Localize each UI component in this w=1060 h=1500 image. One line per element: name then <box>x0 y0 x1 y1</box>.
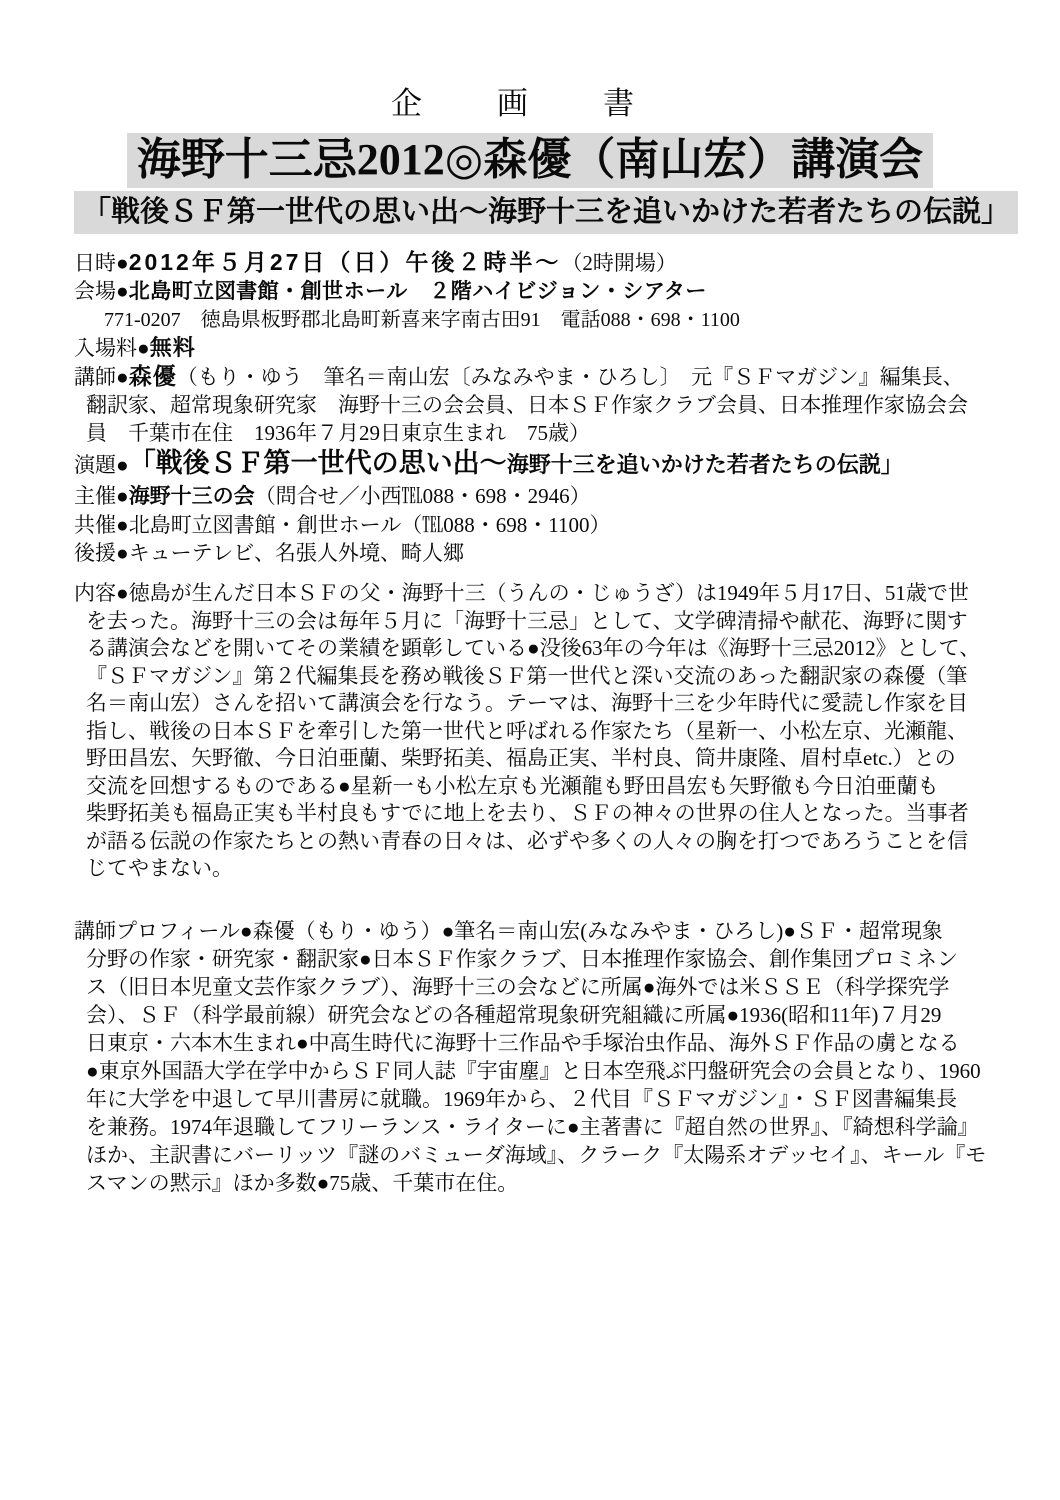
field-label-lecturer: 講師 <box>74 365 116 389</box>
event-title: 海野十三忌2012◎森優（南山宏）講演会 <box>127 133 933 188</box>
datetime-value: 2012年５月27日（日）午後２時半～ <box>129 249 562 275</box>
field-label-organizer: 主催 <box>74 484 116 508</box>
field-datetime: 日時●2012年５月27日（日）午後２時半～（2時開場） <box>74 248 986 277</box>
content-line: る講演会などを開いてその業績を顕彰している●没後63年の今年は《海野十三忌201… <box>74 635 986 663</box>
lecturer-line-3: 員 千葉市在住 1936年７月29日東京生まれ 75歳） <box>74 419 986 447</box>
bullet-icon: ● <box>116 484 129 508</box>
profile-line: ほか、主訳書にバーリッツ『謎のバミューダ海域』、クラーク『太陽系オデッセイ』、キ… <box>74 1141 986 1169</box>
profile-line: ●東京外国語大学在学中からＳＦ同人誌『宇宙塵』と日本空飛ぶ円盤研究会の会員となり… <box>74 1057 986 1085</box>
bullet-icon: ● <box>116 365 129 389</box>
field-coorganizer: 共催●北島町立図書館・創世ホール（℡088・698・1100） <box>74 511 986 539</box>
lecturer-line-1: 講師●森優（もり・ゆう 筆名＝南山宏〔みなみやま・ひろし〕 元『ＳＦマガジン』編… <box>74 362 986 391</box>
content-line: 名＝南山宏）さんを招いて講演会を行なう。テーマは、海野十三を少年時代に愛読し作家… <box>74 690 986 718</box>
content-line: 『ＳＦマガジン』第２代編集長を務め戦後ＳＦ第一世代と深い交流のあった翻訳家の森優… <box>74 663 986 691</box>
title-row: 海野十三忌2012◎森優（南山宏）講演会 <box>74 133 986 188</box>
profile-paragraph: 講師プロフィール●森優（もり・ゆう）●筆名＝南山宏(みなみやま・ひろし)●ＳＦ・… <box>74 917 986 1197</box>
support-value: キューテレビ、名張人外境、畸人郷 <box>129 541 464 565</box>
content-line: 柴野拓美も福島正実も半村良もすでに地上を去り、ＳＦの神々の世界の住人となった。当… <box>74 800 986 828</box>
profile-line: 分野の作家・研究家・翻訳家●日本ＳＦ作家クラブ、日本推理作家協会、創作集団プロミ… <box>74 945 986 973</box>
field-lecturer: 講師●森優（もり・ゆう 筆名＝南山宏〔みなみやま・ひろし〕 元『ＳＦマガジン』編… <box>74 362 986 447</box>
event-subtitle: 「戦後ＳＦ第一世代の思い出～海野十三を追いかけた若者たちの伝説」 <box>74 191 1018 234</box>
planning-document: 企画書 海野十三忌2012◎森優（南山宏）講演会 「戦後ＳＦ第一世代の思い出～海… <box>0 0 1060 1500</box>
bullet-icon: ● <box>116 251 129 275</box>
content-line: が語る伝説の作家たちとの熱い青春の日々は、必ずや多くの人々の胸を打つであろうこと… <box>74 828 986 856</box>
content-line: 交流を回想するものである●星新一も小松左京も光瀬龍も野田昌宏も矢野徹も今日泊亜蘭… <box>74 773 986 801</box>
bullet-icon: ● <box>116 453 129 477</box>
organizer-value: 海野十三の会 <box>129 485 255 508</box>
content-line: じてやまない。 <box>74 855 986 883</box>
content-line: 指し、戦後の日本ＳＦを牽引した第一世代と呼ばれる作家たち（星新一、小松左京、光瀬… <box>74 718 986 746</box>
admission-value: 無料 <box>150 335 196 360</box>
field-label-admission: 入場料 <box>74 336 137 360</box>
field-label-venue: 会場 <box>74 279 116 303</box>
field-admission: 入場料●無料 <box>74 334 986 362</box>
content-paragraph: 内容●徳島が生んだ日本ＳＦの父・海野十三（うんの・じゅうざ）は1949年５月17… <box>74 580 986 883</box>
topic-title-sub: 海野十三を追いかけた若者たちの伝説」 <box>507 452 903 477</box>
profile-line: 年に大学を中退して早川書房に就職。1969年から、２代目『ＳＦマガジン』・ＳＦ図… <box>74 1085 986 1113</box>
venue-value: 北島町立図書館・創世ホール ２階ハイビジョン・シアター <box>129 280 707 303</box>
bullet-icon: ● <box>137 336 150 360</box>
bullet-icon: ● <box>116 279 129 303</box>
field-organizer: 主催●海野十三の会（問合せ／小西℡088・698・2946） <box>74 482 986 511</box>
lecturer-detail-1: （もり・ゆう 筆名＝南山宏〔みなみやま・ひろし〕 元『ＳＦマガジン』編集長、 <box>177 365 964 389</box>
content-line: 内容●徳島が生んだ日本ＳＦの父・海野十三（うんの・じゅうざ）は1949年５月17… <box>74 580 986 608</box>
venue-address: 771-0207 徳島県板野郡北島町新喜来字南古田91 電話088・698・11… <box>104 309 740 331</box>
topic-title-main: 「戦後ＳＦ第一世代の思い出～ <box>129 448 507 478</box>
field-support: 後援●キューテレビ、名張人外境、畸人郷 <box>74 539 986 567</box>
doc-type-text: 企画書 <box>391 86 709 121</box>
organizer-contact: （問合せ／小西℡088・698・2946） <box>255 484 591 508</box>
subtitle-row: 「戦後ＳＦ第一世代の思い出～海野十三を追いかけた若者たちの伝説」 <box>74 191 986 234</box>
bullet-icon: ● <box>116 513 129 537</box>
profile-line: スマンの黙示』ほか多数●75歳、千葉市在住。 <box>74 1169 986 1197</box>
field-label-datetime: 日時 <box>74 251 116 275</box>
lecturer-name: 森優 <box>129 363 177 389</box>
profile-line: ス（旧日本児童文芸作家クラブ）、海野十三の会などに所属●海外では米ＳＳＥ（科学探… <box>74 973 986 1001</box>
field-label-support: 後援 <box>74 541 116 565</box>
field-address: 771-0207 徳島県板野郡北島町新喜来字南古田91 電話088・698・11… <box>74 306 986 334</box>
datetime-note: （2時開場） <box>561 251 677 275</box>
profile-line: を兼務。1974年退職してフリーランス・ライターに●主著書に『超自然の世界』、『… <box>74 1113 986 1141</box>
profile-line: 日東京・六本木生まれ●中高生時代に海野十三作品や手塚治虫作品、海外ＳＦ作品の虜と… <box>74 1029 986 1057</box>
lecturer-line-2: 翻訳家、超常現象研究家 海野十三の会会員、日本ＳＦ作家クラブ会員、日本推理作家協… <box>74 391 986 419</box>
field-label-coorganizer: 共催 <box>74 513 116 537</box>
profile-line: 講師プロフィール●森優（もり・ゆう）●筆名＝南山宏(みなみやま・ひろし)●ＳＦ・… <box>74 917 986 945</box>
field-topic: 演題●「戦後ＳＦ第一世代の思い出～海野十三を追いかけた若者たちの伝説」 <box>74 447 986 482</box>
content-line: を去った。海野十三の会は毎年５月に「海野十三忌」として、文学碑清掃や献花、海野に… <box>74 608 986 636</box>
content-line: 野田昌宏、矢野徹、今日泊亜蘭、柴野拓美、福島正実、半村良、筒井康隆、眉村卓etc… <box>74 745 986 773</box>
coorganizer-value: 北島町立図書館・創世ホール（℡088・698・1100） <box>129 513 611 537</box>
profile-line: 会）、ＳＦ（科学最前線）研究会などの各種超常現象研究組織に所属●1936(昭和1… <box>74 1001 986 1029</box>
field-venue: 会場●北島町立図書館・創世ホール ２階ハイビジョン・シアター <box>74 277 986 306</box>
doc-type-heading: 企画書 <box>74 84 986 124</box>
field-label-topic: 演題 <box>74 453 116 477</box>
bullet-icon: ● <box>116 541 129 565</box>
event-details: 日時●2012年５月27日（日）午後２時半～（2時開場） 会場●北島町立図書館・… <box>74 248 986 567</box>
